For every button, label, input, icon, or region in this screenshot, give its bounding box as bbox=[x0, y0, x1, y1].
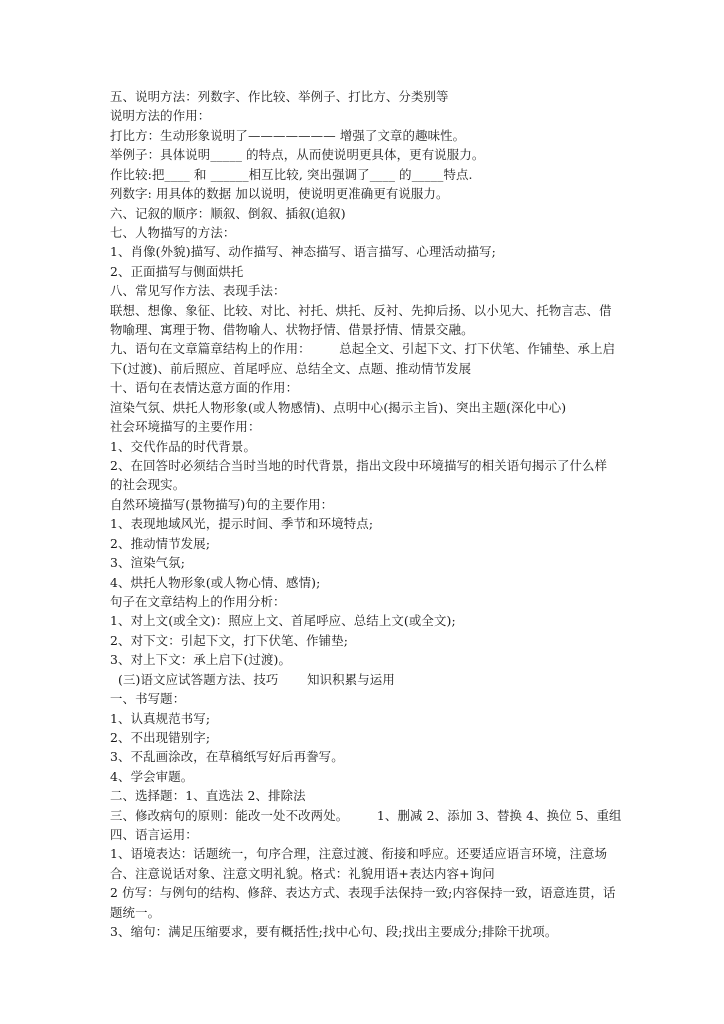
text-line: 1、交代作品的时代背景。 bbox=[110, 437, 620, 456]
text-line: 2、不出现错别字; bbox=[110, 728, 620, 747]
text-line: 下(过渡)、前后照应、首尾呼应、总结全文、点题、推动情节发展 bbox=[110, 359, 620, 378]
text-line: 2、推动情节发展; bbox=[110, 534, 620, 553]
heading-writing-techniques: 八、常见写作方法、表现手法： bbox=[110, 281, 620, 300]
subheading-social-environment: 社会环境描写的主要作用： bbox=[110, 417, 620, 436]
heading-sentence-correction: 三、修改病句的原则：能改一处不改两处。 1、删减 2、添加 3、替换 4、换位 … bbox=[110, 806, 620, 825]
text-line: 的社会现实。 bbox=[110, 475, 620, 494]
text-line: 合、注意说话对象、注意文明礼貌。格式：礼貌用语+表达内容+询问 bbox=[110, 864, 620, 883]
text-line: 2、正面描写与侧面烘托 bbox=[110, 262, 620, 281]
subheading-method-functions: 说明方法的作用： bbox=[110, 106, 620, 125]
heading-sentence-expression-role: 十、语句在表情达意方面的作用： bbox=[110, 378, 620, 397]
text-line: 1、肖像(外貌)描写、动作描写、神态描写、语言描写、心理活动描写; bbox=[110, 242, 620, 261]
text-line: 作比较:把____ 和 ______相互比较, 突出强调了____ 的_____… bbox=[110, 165, 620, 184]
heading-sentence-structure-role: 九、语句在文章篇章结构上的作用： 总起全文、引起下文、打下伏笔、作铺垫、承上启 bbox=[110, 339, 620, 358]
text-line: 联想、想像、象征、比较、对比、衬托、烘托、反衬、先抑后扬、以小见大、托物言志、借 bbox=[110, 301, 620, 320]
text-line: 4、学会审题。 bbox=[110, 767, 620, 786]
section-heading-exam-techniques: (三)语文应试答题方法、技巧 知识积累与运用 bbox=[110, 670, 620, 689]
text-line: 3、不乱画涂改，在草稿纸写好后再誊写。 bbox=[110, 747, 620, 766]
heading-narrative-order: 六、记叙的顺序：顺叙、倒叙、插叙(追叙) bbox=[110, 204, 620, 223]
subheading-sentence-analysis: 句子在文章结构上的作用分析： bbox=[110, 592, 620, 611]
text-line: 3、缩句：满足压缩要求，要有概括性;找中心句、段;找出主要成分;排除干扰项。 bbox=[110, 922, 620, 941]
heading-multiple-choice: 二、选择题：1、直选法 2、排除法 bbox=[110, 786, 620, 805]
text-line: 1、认真规范书写; bbox=[110, 709, 620, 728]
heading-writing-questions: 一、书写题： bbox=[110, 689, 620, 708]
text-line: 1、语境表达：话题统一，句序合理，注意过渡、衔接和呼应。还要适应语言环境，注意场 bbox=[110, 844, 620, 863]
text-line: 打比方：生动形象说明了——————— 增强了文章的趣味性。 bbox=[110, 126, 620, 145]
text-line: 3、渲染气氛; bbox=[110, 553, 620, 572]
text-line: 2、对下文：引起下文，打下伏笔、作铺垫; bbox=[110, 631, 620, 650]
subheading-natural-environment: 自然环境描写(景物描写)句的主要作用： bbox=[110, 495, 620, 514]
text-line: 2 仿写：与例句的结构、修辞、表达方式、表现手法保持一致;内容保持一致，语意连贯… bbox=[110, 883, 620, 902]
text-line: 3、对上下文：承上启下(过渡)。 bbox=[110, 650, 620, 669]
text-line: 1、对上文(或全文)：照应上文、首尾呼应、总结上文(或全文); bbox=[110, 611, 620, 630]
text-line: 列数字: 用具体的数据 加以说明，使说明更准确更有说服力。 bbox=[110, 184, 620, 203]
text-line: 2、在回答时必须结合当时当地的时代背景，指出文段中环境描写的相关语句揭示了什么样 bbox=[110, 456, 620, 475]
text-line: 题统一。 bbox=[110, 903, 620, 922]
text-line: 举例子：具体说明_____ 的特点，从而使说明更具体，更有说服力。 bbox=[110, 145, 620, 164]
text-line: 渲染气氛、烘托人物形象(或人物感情)、点明中心(揭示主旨)、突出主题(深化中心) bbox=[110, 398, 620, 417]
text-line: 4、烘托人物形象(或人物心情、感情); bbox=[110, 573, 620, 592]
document-page: 五、说明方法：列数字、作比较、举例子、打比方、分类别等 说明方法的作用： 打比方… bbox=[110, 87, 620, 942]
text-line: 物喻理、寓理于物、借物喻人、状物抒情、借景抒情、情景交融。 bbox=[110, 320, 620, 339]
text-line: 1、表现地域风光，提示时间、季节和环境特点; bbox=[110, 514, 620, 533]
heading-explanation-methods: 五、说明方法：列数字、作比较、举例子、打比方、分类别等 bbox=[110, 87, 620, 106]
heading-character-description: 七、人物描写的方法： bbox=[110, 223, 620, 242]
heading-language-use: 四、语言运用： bbox=[110, 825, 620, 844]
